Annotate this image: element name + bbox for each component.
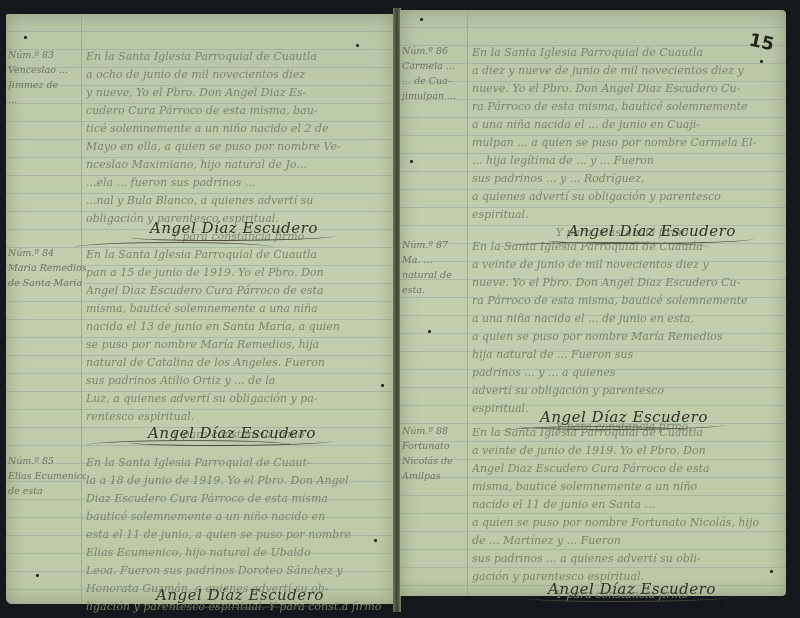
margin-note-entry-88: Núm.º 88 Fortunato Nicolás de Amilpas [402, 424, 480, 484]
text-line: hija natural de ... Fueron sus [472, 346, 772, 364]
text-line: a una niña nacida el ... de junio en est… [472, 310, 772, 328]
text-line: a quien se puso por nombre María Remedio… [472, 328, 772, 346]
text-line: natural de Catalina de los Angeles. Fuer… [86, 354, 390, 372]
text-line: nueve. Yo el Pbro. Don Angel Diaz Escude… [472, 80, 772, 98]
entry-83-body: En la Santa Iglesia Parroquial de Cuautl… [86, 48, 390, 246]
text-line: ... hija legítima de ... y ... Fueron [472, 152, 772, 170]
text-line: Luz, a quienes advertí su obligación y p… [86, 390, 390, 408]
paper-speck [374, 539, 377, 542]
text-line: pan a 15 de junio de 1919. Yo el Pbro. D… [86, 264, 390, 282]
entry-number: Núm.º 86 [402, 44, 480, 59]
margin-line: ... [8, 93, 86, 108]
text-line: mulpan ... a quien se puso por nombre Ca… [472, 134, 772, 152]
right-page: 15 Núm.º 86 Carmela ... ... de Cua- jimu… [400, 10, 786, 596]
text-line: En la Santa Iglesia Parroquial de Cuautl… [472, 424, 772, 442]
text-line: Angel Diaz Escudero Cura Párroco de esta [472, 460, 772, 478]
text-line: Mayo en ella, a quien se puso por nombre… [86, 138, 390, 156]
text-line: ra Párroco de esta misma, bauticé solemn… [472, 292, 772, 310]
text-line: Leoa. Fueron sus padrinos Doroteo Sánche… [86, 562, 390, 580]
entry-number: Núm.º 85 [8, 454, 86, 469]
margin-line: de Santa Maria [8, 276, 86, 291]
margin-note-entry-85: Núm.º 85 Elias Ecumenico de esta [8, 454, 86, 499]
text-line: ra Párroco de esta misma, bauticé solemn… [472, 98, 772, 116]
text-line: la a 18 de junio de 1919. Yo el Pbro. Do… [86, 472, 390, 490]
text-line: de ... Martínez y ... Fueron [472, 532, 772, 550]
text-line: y nueve, Yo el Pbro. Don Angel Diaz Es- [86, 84, 390, 102]
entry-number: Núm.º 84 [8, 246, 86, 261]
paper-speck [36, 574, 39, 577]
entry-number: Núm.º 87 [402, 238, 480, 253]
margin-line: Nicolás de [402, 454, 480, 469]
text-line: a una niña nacida el ... de junio en Cua… [472, 116, 772, 134]
text-line: En la Santa Iglesia Parroquial de Cuautl… [472, 238, 772, 256]
child-name: Fortunato [402, 439, 480, 454]
paper-speck [760, 60, 763, 63]
margin-line: de esta [8, 484, 86, 499]
paper-speck [420, 18, 423, 21]
text-line: En la Santa Iglesia Parroquial de Cuautl… [86, 48, 390, 66]
margin-note-entry-84: Núm.º 84 Maria Remedios de Santa Maria [8, 246, 86, 291]
paper-speck [725, 602, 728, 605]
margin-note-entry-83: Núm.º 83 Venceslao ... Jimmez de ... [8, 48, 86, 108]
text-line: ...ela ... fueron sus padrinos ... [86, 174, 390, 192]
text-line: Elias Ecumenico, hijo natural de Ubaldo [86, 544, 390, 562]
text-line: advertí su obligación y parentesco [472, 382, 772, 400]
text-line: Angel Diaz Escudero Cura Párroco de esta [86, 282, 390, 300]
text-line: a ocho de junio de mil novecientos diez [86, 66, 390, 84]
text-line: nceslao Maximiano, hijo natural de Jo... [86, 156, 390, 174]
text-line: a veinte de junio de mil novecientos die… [472, 256, 772, 274]
text-line: ...nal y Bula Blanco, a quienes advertí … [86, 192, 390, 210]
paper-speck [381, 384, 384, 387]
child-name: Maria Remedios [8, 261, 86, 276]
paper-speck [770, 570, 773, 573]
entry-88-body: En la Santa Iglesia Parroquial de Cuautl… [472, 424, 772, 604]
text-line: Diaz Escudero Cura Párroco de esta misma [86, 490, 390, 508]
margin-line: natural de [402, 268, 480, 283]
entry-87-body: En la Santa Iglesia Parroquial de Cuautl… [472, 238, 772, 436]
entry-number: Núm.º 83 [8, 48, 86, 63]
open-register-book: Núm.º 83 Venceslao ... Jimmez de ... En … [0, 0, 800, 618]
margin-note-entry-86: Núm.º 86 Carmela ... ... de Cua- jimulpa… [402, 44, 480, 104]
child-name: Ma. ... [402, 253, 480, 268]
text-line: a quienes advertí su obligación y parent… [472, 188, 772, 206]
text-line: misma, bauticé solemnemente a un niño [472, 478, 772, 496]
text-line: se puso por nombre María Remedios, hija [86, 336, 390, 354]
entry-86-body: En la Santa Iglesia Parroquial de Cuautl… [472, 44, 772, 242]
margin-line: jimulpan ... [402, 89, 480, 104]
text-line: nueve. Yo el Pbro. Don Angel Diaz Escude… [472, 274, 772, 292]
text-line: sus padrinos ... a quienes advertí su ob… [472, 550, 772, 568]
text-line: ticé solemnemente a un niño nacido el 2 … [86, 120, 390, 138]
text-line: esta el 11 de junio, a quien se puso por… [86, 526, 390, 544]
child-name: Venceslao ... [8, 63, 86, 78]
text-line: cudero Cura Párroco de esta misma, bau- [86, 102, 390, 120]
text-line: En la Santa Iglesia Parroquial de Cuaut- [86, 454, 390, 472]
text-line: nacida el 13 de junio en Santa María, a … [86, 318, 390, 336]
margin-line: Jimmez de [8, 78, 86, 93]
child-name: Carmela ... [402, 59, 480, 74]
priest-signature: Angel Díaz Escudero [150, 219, 318, 237]
text-line: a veinte de junio de 1919. Yo el Pbro. D… [472, 442, 772, 460]
text-line: bauticé solemnemente a un niño nacido en [86, 508, 390, 526]
priest-signature: Angel Díaz Escudero [548, 580, 716, 598]
margin-note-entry-87: Núm.º 87 Ma. ... natural de esta. [402, 238, 480, 298]
text-line: sus padrinos Atilio Ortiz y ... de la [86, 372, 390, 390]
flourish-line [86, 440, 296, 451]
entry-number: Núm.º 88 [402, 424, 480, 439]
paper-speck [428, 330, 431, 333]
text-line: nacido el 11 de junio en Santa ... [472, 496, 772, 514]
text-line: En la Santa Iglesia Parroquial de Cuautl… [472, 44, 772, 62]
left-page: Núm.º 83 Venceslao ... Jimmez de ... En … [6, 14, 394, 604]
text-line: sus padrinos ... y ... Rodríguez, [472, 170, 772, 188]
margin-line: Amilpas [402, 469, 480, 484]
margin-line: esta. [402, 283, 480, 298]
margin-line: ... de Cua- [402, 74, 480, 89]
child-name: Elias Ecumenico [8, 469, 86, 484]
paper-speck [24, 36, 27, 39]
priest-signature: Angel Díaz Escudero [156, 586, 324, 604]
text-line: a quien se puso por nombre Fortunato Nic… [472, 514, 772, 532]
text-line: a diez y nueve de junio de mil novecient… [472, 62, 772, 80]
text-line: padrinos ... y ... a quienes [472, 364, 772, 382]
entry-84-body: En la Santa Iglesia Parroquial de Cuautl… [86, 246, 390, 444]
text-line: En la Santa Iglesia Parroquial de Cuautl… [86, 246, 390, 264]
paper-speck [356, 44, 359, 47]
paper-speck [410, 160, 413, 163]
text-line: misma, bauticé solemnemente a una niña [86, 300, 390, 318]
